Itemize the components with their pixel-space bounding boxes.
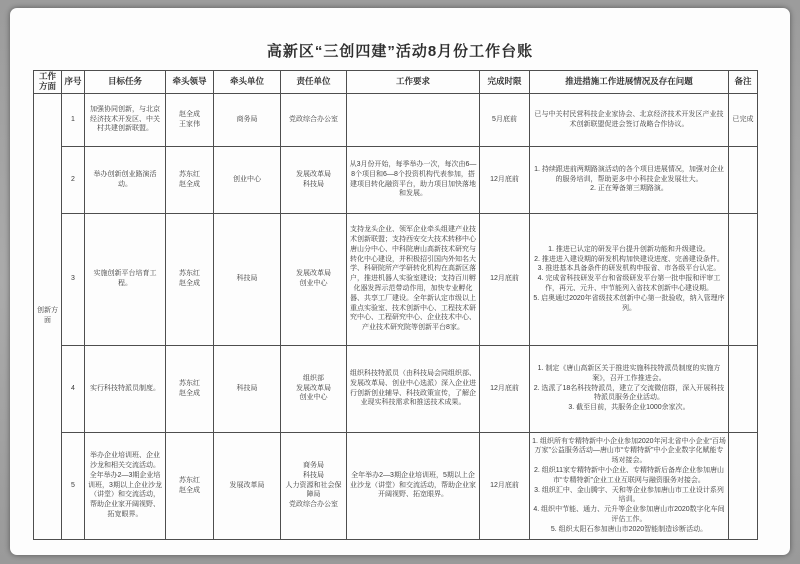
- cell-leader: 赵全成 王家伟: [166, 93, 214, 146]
- cell-requirement: 从3月份开始，每季举办一次，每次由6—8个项目和6—8个投资机构代表参加，搭建项…: [347, 146, 480, 213]
- header-deadline: 完成时限: [480, 71, 530, 94]
- work-ledger-table: 工作方面 序号 目标任务 牵头领导 牵头单位 责任单位 工作要求 完成时限 推进…: [33, 70, 758, 540]
- cell-seq: 4: [62, 345, 85, 432]
- cell-remark: [729, 432, 758, 539]
- header-remark: 备注: [729, 71, 758, 94]
- cell-requirement: 全年举办2—3期企业培训班，5期以上企业沙龙（讲堂）和交流活动，帮助企业家开阔视…: [347, 432, 480, 539]
- cell-resp-unit: 党政综合办公室: [281, 93, 347, 146]
- cell-remark: 已完成: [729, 93, 758, 146]
- page-title: 高新区“三创四建”活动8月份工作台账: [10, 40, 790, 61]
- cell-task: 举办企业培训班、企业沙龙和相关交流活动。全年举办2—3期企业培训班，3期以上企业…: [85, 432, 166, 539]
- cell-deadline: 12月底前: [480, 432, 530, 539]
- cell-progress: 1. 持续跟进前两期路演活动的各个项目进展情况，加强对企业的服务培训，帮助更多中…: [530, 146, 729, 213]
- header-requirement: 工作要求: [347, 71, 480, 94]
- cell-remark: [729, 345, 758, 432]
- cell-lead-unit: 创业中心: [214, 146, 281, 213]
- cell-deadline: 12月底前: [480, 146, 530, 213]
- cell-leader: 苏东红 赵全成: [166, 213, 214, 345]
- cell-remark: [729, 146, 758, 213]
- header-task: 目标任务: [85, 71, 166, 94]
- table-row: 2 举办创新创业路演活动。 苏东红 赵全成 创业中心 发展改革局 科技局 从3月…: [34, 146, 758, 213]
- cell-progress: 1. 组织所有专精特新中小企业参加2020年河北省中小企业“百场万家”公益服务活…: [530, 432, 729, 539]
- cell-task: 举办创新创业路演活动。: [85, 146, 166, 213]
- cell-progress: 1. 制定《唐山高新区关于推进实施科技特派员制度的实施方案》，召开工作推进会。 …: [530, 345, 729, 432]
- header-seq: 序号: [62, 71, 85, 94]
- cell-requirement: 组织科技特派员（由科技局会同组织部、发展改革局、创业中心选派）深入企业进行创新创…: [347, 345, 480, 432]
- cell-task: 加强协同创新，与北京经济技术开发区、中关村共建创新联盟。: [85, 93, 166, 146]
- cell-leader: 苏东红 赵全成: [166, 146, 214, 213]
- cell-lead-unit: 科技局: [214, 345, 281, 432]
- cell-resp-unit: 组织部 发展改革局 创业中心: [281, 345, 347, 432]
- document-page: 高新区“三创四建”活动8月份工作台账 工作方面 序号 目标任务 牵头领导 牵头单…: [10, 8, 790, 555]
- work-aspect-group-label: 创新方面: [34, 93, 62, 539]
- cell-requirement: [347, 93, 480, 146]
- cell-seq: 3: [62, 213, 85, 345]
- cell-seq: 5: [62, 432, 85, 539]
- table-row: 3 实施创新平台培育工程。 苏东红 赵全成 科技局 发展改革局 创业中心 支持龙…: [34, 213, 758, 345]
- header-progress: 推进措施工作进展情况及存在问题: [530, 71, 729, 94]
- cell-lead-unit: 科技局: [214, 213, 281, 345]
- cell-progress: 已与中关村民营科技企业家协会、北京经济技术开发区产业技术创新联盟促进会签订战略合…: [530, 93, 729, 146]
- cell-deadline: 12月底前: [480, 345, 530, 432]
- cell-task: 实施创新平台培育工程。: [85, 213, 166, 345]
- cell-resp-unit: 发展改革局 科技局: [281, 146, 347, 213]
- table-row: 创新方面 1 加强协同创新，与北京经济技术开发区、中关村共建创新联盟。 赵全成 …: [34, 93, 758, 146]
- cell-requirement: 支持龙头企业、领军企业牵头组建产业技术创新联盟；支持西安交大技术转移中心唐山分中…: [347, 213, 480, 345]
- table-row: 5 举办企业培训班、企业沙龙和相关交流活动。全年举办2—3期企业培训班，3期以上…: [34, 432, 758, 539]
- cell-task: 实行科技特派员制度。: [85, 345, 166, 432]
- cell-resp-unit: 商务局 科技局 人力资源和社会保障局 党政综合办公室: [281, 432, 347, 539]
- cell-progress: 1. 推进已认定的研发平台提升创新功能和升级建设。 2. 推进进入建设期的研发机…: [530, 213, 729, 345]
- cell-remark: [729, 213, 758, 345]
- cell-seq: 1: [62, 93, 85, 146]
- cell-leader: 苏东红 赵全成: [166, 432, 214, 539]
- cell-seq: 2: [62, 146, 85, 213]
- cell-deadline: 12月底前: [480, 213, 530, 345]
- table-row: 4 实行科技特派员制度。 苏东红 赵全成 科技局 组织部 发展改革局 创业中心 …: [34, 345, 758, 432]
- header-resp-unit: 责任单位: [281, 71, 347, 94]
- header-work-aspect: 工作方面: [34, 71, 62, 94]
- cell-leader: 苏东红 赵全成: [166, 345, 214, 432]
- cell-lead-unit: 商务局: [214, 93, 281, 146]
- header-lead-unit: 牵头单位: [214, 71, 281, 94]
- cell-lead-unit: 发展改革局: [214, 432, 281, 539]
- header-leader: 牵头领导: [166, 71, 214, 94]
- header-row: 工作方面 序号 目标任务 牵头领导 牵头单位 责任单位 工作要求 完成时限 推进…: [34, 71, 758, 94]
- cell-resp-unit: 发展改革局 创业中心: [281, 213, 347, 345]
- cell-deadline: 5月底前: [480, 93, 530, 146]
